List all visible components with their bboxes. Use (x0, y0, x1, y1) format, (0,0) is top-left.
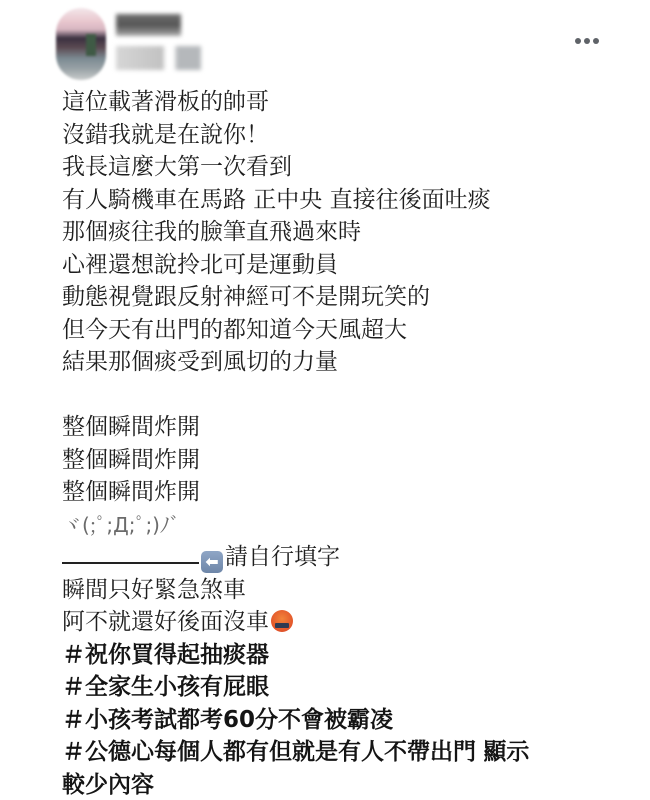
see-less-link[interactable]: 較少內容 (62, 772, 154, 798)
more-options-button[interactable] (570, 30, 604, 52)
post-text-line: 瞬間只好緊急煞車 (62, 574, 642, 607)
post-text-line: 但今天有出門的都知道今天風超大 (62, 314, 642, 347)
post-text-line: 整個瞬間炸開 (62, 411, 642, 444)
more-horizontal-icon (575, 38, 581, 44)
post-text-line: 結果那個痰受到風切的力量 (62, 346, 642, 379)
post-text-line: 沒錯我就是在說你！ (62, 119, 642, 152)
post-text-line: 動態視覺跟反射神經可不是開玩笑的 (62, 281, 642, 314)
blank-line (62, 379, 642, 412)
post-text-line: 整個瞬間炸開 (62, 444, 642, 477)
hashtag-line: ＃小孩考試都考60分不會被霸凌 (62, 704, 642, 737)
fill-in-text: 請自行填字 (225, 544, 340, 570)
fill-in-blank (62, 542, 199, 564)
hashtag-link[interactable]: ＃小孩考試都考60分不會被霸凌 (62, 707, 393, 733)
hashtag-line: ＃祝你買得起抽痰器 (62, 639, 642, 672)
hashtag-link[interactable]: ＃公德心每個人都有但就是有人不帶出門 (62, 739, 476, 765)
post-text-line: 整個瞬間炸開 (62, 476, 642, 509)
see-less-link[interactable]: 顯示 (483, 739, 529, 765)
kaomoji-line: ヾ(;ﾟ;Д;ﾟ;)ﾉﾞ (62, 509, 642, 542)
author-avatar[interactable] (56, 8, 106, 80)
hashtag-link[interactable]: ＃祝你買得起抽痰器 (62, 642, 269, 668)
post-text-line: 那個痰往我的臉筆直飛過來時 (62, 216, 642, 249)
facebook-post: ▇▇▇▇ ▇▇▇▇ · ▇ 這位載著滑板的帥哥 沒錯我就是在說你！ 我長這麼大第… (0, 0, 650, 800)
hashtag-line: ＃公德心每個人都有但就是有人不帶出門 顯示 (62, 736, 642, 769)
hashtag-line: ＃全家生小孩有屁眼 (62, 671, 642, 704)
post-text-line: 我長這麼大第一次看到 (62, 151, 642, 184)
author-name[interactable]: ▇▇▇▇ (116, 14, 181, 36)
hashtag-link[interactable]: ＃全家生小孩有屁眼 (62, 674, 269, 700)
see-less-line: 較少內容 (62, 769, 642, 800)
angry-face-emoji-icon (271, 610, 293, 632)
left-arrow-emoji-icon: ⬅ (201, 551, 223, 573)
post-body: 這位載著滑板的帥哥 沒錯我就是在說你！ 我長這麼大第一次看到 有人騎機車在馬路 … (62, 86, 642, 800)
post-text: 阿不就還好後面沒車 (62, 609, 269, 635)
post-text-line: 有人騎機車在馬路 正中央 直接往後面吐痰 (62, 184, 642, 217)
post-text-line: 這位載著滑板的帥哥 (62, 86, 642, 119)
post-header: ▇▇▇▇ ▇▇▇▇ · ▇ (0, 0, 650, 85)
angry-line: 阿不就還好後面沒車 (62, 606, 642, 639)
post-text-line: 心裡還想說拎北可是運動員 (62, 249, 642, 282)
post-timestamp[interactable]: ▇▇▇▇ · ▇ (116, 46, 201, 70)
fill-in-line: ⬅請自行填字 (62, 541, 642, 574)
more-horizontal-icon (584, 38, 590, 44)
more-horizontal-icon (593, 38, 599, 44)
